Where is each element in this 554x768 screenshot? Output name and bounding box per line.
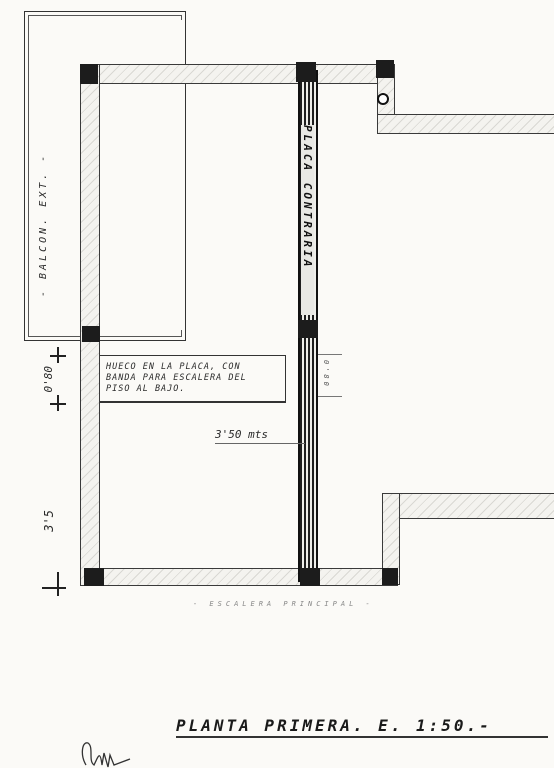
dim-tick-3v [57,572,59,596]
opening-note-line2: BANDA PARA ESCALERA DEL [106,373,285,384]
opening-note-line3: PISO AL BAJO. [106,384,285,395]
small-dim-line-bottom [318,396,342,397]
title-underline [176,736,548,738]
room-width-dim-line [215,443,305,444]
dim-lower-label: 3'5 [42,510,56,532]
dim-tick-3 [42,587,66,589]
room-width-label: 3'50 mts [215,428,268,441]
column-mid-left [82,326,100,342]
dim-tick-1v [57,347,59,363]
column-top-right [376,60,394,78]
small-dim-line-top [318,354,342,355]
pipe-circle [377,93,389,105]
small-dim-label: 0'80 [322,360,330,389]
dim-upper-label: 0'80 [42,366,55,393]
balcony-label: - BALCON. EXT. - [38,150,49,300]
left-wall [80,64,100,586]
drawing-title: PLANTA PRIMERA. E. 1:50.- [176,716,492,735]
column-bottom-right [382,568,398,585]
column-mid-center [298,320,318,338]
column-top-mid [296,62,316,82]
column-top-left [80,64,98,84]
opening-note-line1: HUECO EN LA PLACA, CON [106,362,285,373]
bottom-wall [84,568,398,586]
column-bottom-left [84,568,104,586]
top-wall [80,64,392,84]
signature-icon [78,735,138,768]
central-wall-label: PLACA CONTRARIA [301,125,314,315]
right-lower-arm [382,493,554,519]
stair-label: - ESCALERA PRINCIPAL - [193,600,374,608]
opening-note-box: HUECO EN LA PLACA, CON BANDA PARA ESCALE… [100,355,286,403]
right-upper-arm [377,114,554,134]
column-bottom-mid [300,568,320,586]
dim-tick-2v [57,395,59,411]
